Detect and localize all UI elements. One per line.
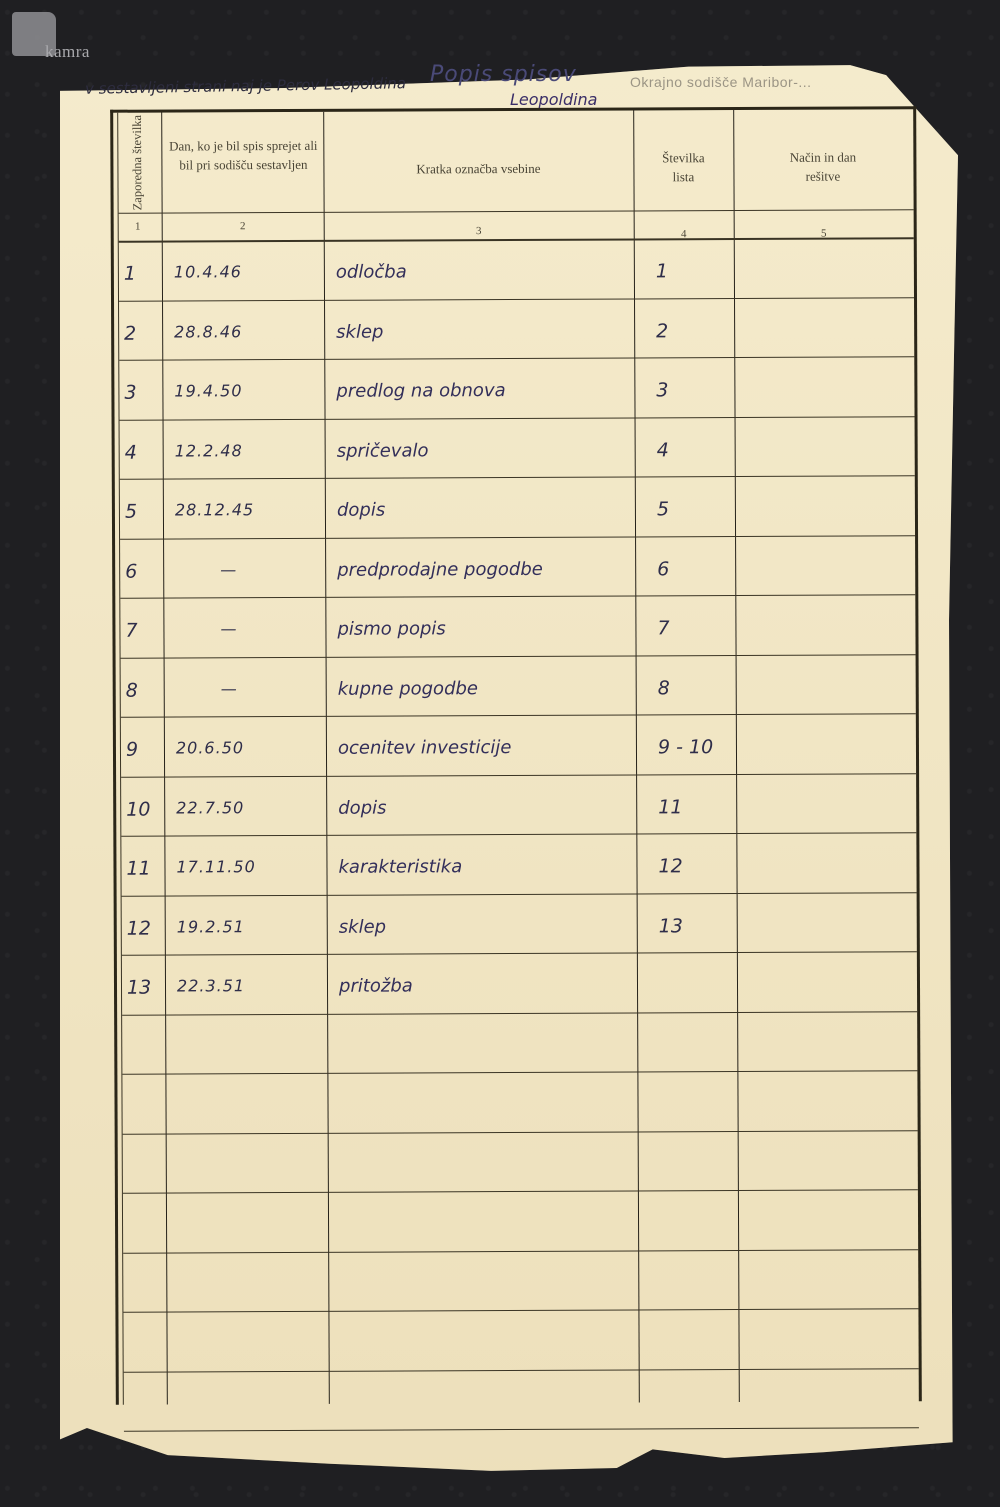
cell-sheet-number: 11 (658, 796, 682, 818)
row-divider (122, 1011, 917, 1015)
header-resolution: Način in dan rešitve (735, 147, 910, 186)
handwritten-subtitle: Leopoldina (510, 90, 597, 109)
cell-description: ocenitev investicije (338, 737, 512, 759)
header-col-num: 3 (324, 224, 634, 237)
cell-date: 19.2.51 (177, 917, 245, 936)
header-divider (119, 209, 914, 213)
table-row: 528.12.45dopis5 (113, 109, 913, 112)
cell-date: — (221, 679, 238, 698)
cell-sheet-number: 13 (659, 915, 683, 937)
cell-sheet-number: 6 (657, 558, 669, 580)
cell-description: dopis (338, 797, 386, 818)
cell-description: spričevalo (337, 440, 429, 461)
header-col-num: 2 (162, 220, 324, 233)
handwritten-title: Popis spisov (430, 62, 577, 87)
row-divider (121, 832, 916, 836)
cell-description: dopis (337, 500, 385, 521)
cell-sheet-number: 4 (657, 439, 669, 461)
cell-sheet-number: 7 (657, 617, 669, 639)
cell-sequence-number: 9 (126, 739, 138, 761)
cell-sequence-number: 3 (124, 382, 136, 404)
header-col-num: 4 (634, 228, 734, 240)
row-divider (121, 654, 916, 658)
header-col-num: 5 (734, 227, 914, 240)
row-divider (121, 773, 916, 777)
cell-sequence-number: 12 (127, 917, 151, 939)
cell-sequence-number: 13 (127, 977, 151, 999)
header-description: Kratka označba vsebine (325, 158, 631, 178)
cell-sequence-number: 8 (126, 679, 138, 701)
row-divider (122, 1070, 917, 1074)
row-divider (123, 1130, 918, 1134)
table-body: 110.4.46odločba1228.8.46sklep2319.4.50pr… (113, 109, 913, 112)
row-divider (119, 297, 914, 301)
row-divider (119, 356, 914, 360)
row-divider (120, 594, 915, 598)
watermark-text: kamra (45, 42, 90, 62)
table-row: 1219.2.51sklep13 (113, 109, 913, 112)
kamra-watermark: kamra (12, 12, 132, 62)
column-divider (633, 110, 640, 1402)
cell-date: 20.6.50 (176, 738, 244, 757)
cell-sequence-number: 7 (125, 620, 137, 642)
row-divider (122, 892, 917, 896)
cell-date: 22.7.50 (176, 798, 244, 817)
cell-date: — (220, 619, 237, 638)
cell-description: predprodajne pogodbe (337, 558, 543, 580)
cell-sheet-number: 1 (656, 260, 668, 282)
cell-sheet-number: 2 (656, 320, 668, 342)
cell-description: predlog na obnova (336, 380, 505, 402)
cell-description: kupne pogodbe (338, 678, 478, 700)
cell-date: — (220, 560, 237, 579)
table-row: 110.4.46odločba1 (113, 109, 913, 112)
cell-sequence-number: 1 (124, 263, 136, 285)
cell-sheet-number: 9 - 10 (658, 736, 713, 758)
table-row: 319.4.50predlog na obnova3 (113, 109, 913, 112)
cell-description: karakteristika (338, 856, 462, 878)
header-col-num: 1 (114, 221, 162, 233)
cell-sequence-number: 4 (125, 441, 137, 463)
cell-sequence-number: 10 (126, 798, 150, 820)
row-divider (120, 416, 915, 420)
table-row: 412.2.48spričevalo4 (113, 109, 913, 112)
cell-description: pritožba (339, 975, 413, 996)
header-label: Zaporedna številka (130, 115, 144, 211)
table-row: 7—pismo popis7 (113, 109, 913, 112)
cell-sequence-number: 6 (125, 560, 137, 582)
inner-border (117, 113, 124, 1405)
cell-sequence-number: 11 (126, 858, 150, 880)
header-sequence-number: Zaporedna številka (113, 113, 161, 213)
table-row: 6—predprodajne pogodbe6 (113, 109, 913, 112)
row-divider (123, 1189, 918, 1193)
cell-sheet-number: 8 (658, 677, 670, 699)
court-stamp: Okrajno sodišče Maribor-... (630, 74, 812, 90)
column-divider (161, 113, 168, 1405)
cell-sheet-number: 3 (656, 379, 668, 401)
cell-date: 10.4.46 (174, 262, 242, 281)
cell-description: sklep (339, 916, 386, 937)
cell-sequence-number: 5 (125, 501, 137, 523)
cell-date: 19.4.50 (174, 381, 242, 400)
row-divider (123, 1249, 918, 1253)
column-divider (733, 110, 740, 1402)
cell-description: sklep (336, 321, 383, 342)
cell-date: 28.8.46 (174, 322, 242, 341)
table-row: 228.8.46sklep2 (113, 109, 913, 112)
cell-sequence-number: 2 (124, 322, 136, 344)
row-divider (121, 713, 916, 717)
row-divider (123, 1308, 918, 1312)
cell-date: 22.3.51 (177, 976, 245, 995)
row-divider (120, 535, 915, 539)
cell-description: odločba (336, 261, 407, 282)
row-divider (122, 951, 917, 955)
cell-date: 12.2.48 (175, 441, 243, 460)
row-divider (120, 475, 915, 479)
table-row: 8—kupne pogodbe8 (113, 109, 913, 112)
cell-description: pismo popis (337, 618, 445, 639)
table-row: 1117.11.50karakteristika12 (113, 109, 913, 112)
cell-date: 17.11.50 (176, 857, 255, 876)
table-row: 1022.7.50dopis11 (113, 109, 913, 112)
column-divider (323, 112, 330, 1404)
table-row: 1322.3.51pritožba (113, 109, 913, 112)
table-row: 920.6.50ocenitev investicije9 - 10 (113, 109, 913, 112)
header-sheet-number: Številka lista (635, 148, 731, 186)
row-divider (124, 1368, 919, 1372)
cell-sheet-number: 12 (658, 855, 682, 877)
cell-date: 28.12.45 (175, 500, 254, 519)
register-table: Zaporedna številka Dan, ko je bil spis s… (110, 106, 922, 1405)
header-date: Dan, ko je bil spis sprejet ali bil pri … (165, 136, 321, 175)
cell-sheet-number: 5 (657, 498, 669, 520)
